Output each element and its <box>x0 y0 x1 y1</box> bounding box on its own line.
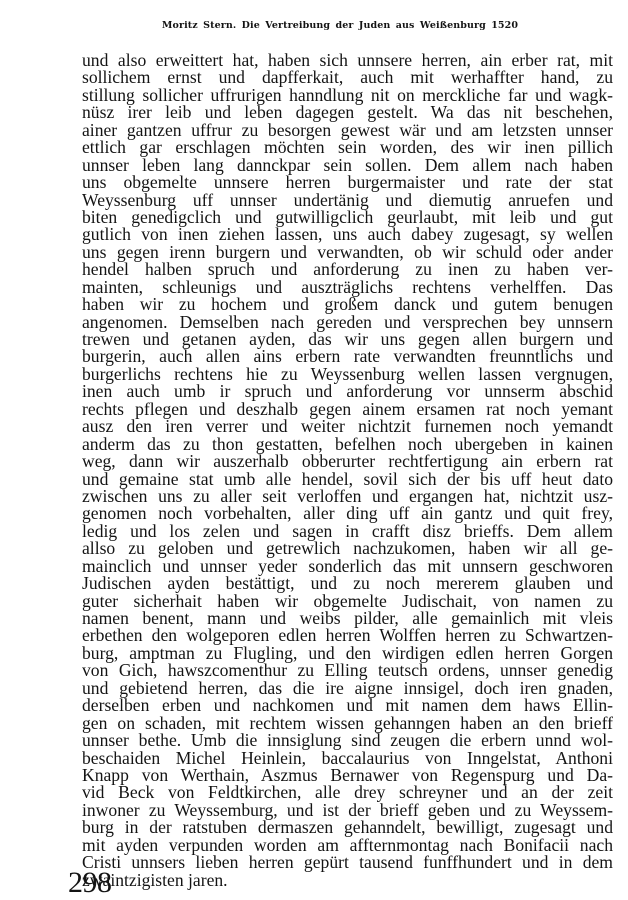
page-number: 298 <box>68 868 112 898</box>
text-line-last: zwaintzigisten jaren. <box>82 872 613 889</box>
text-line: Cristi unnsers lieben herren gepürt taus… <box>82 854 613 871</box>
text-line: derselben erben und nachkomen und mit na… <box>82 697 613 714</box>
text-line: unnser bethe. Umb die innsiglung sind ze… <box>82 732 613 749</box>
body-text: und also erweittert hat, haben sich unns… <box>82 52 613 889</box>
text-line: ettlich gar erschlagen möchten sein word… <box>82 139 613 156</box>
text-line: ausz den iren verrer und weiter nichtzit… <box>82 418 613 435</box>
text-line: uns obgemelte unnsere herren burgermaist… <box>82 174 613 191</box>
running-header: Moritz Stern. Die Vertreibung der Juden … <box>26 20 628 31</box>
text-line: weg, dann wir auszerhalb obberurter rech… <box>82 453 613 470</box>
text-line: haben wir zu hochem und großem danck und… <box>82 296 613 313</box>
text-line: Judischen ayden bestättigt, und zu noch … <box>82 575 613 592</box>
